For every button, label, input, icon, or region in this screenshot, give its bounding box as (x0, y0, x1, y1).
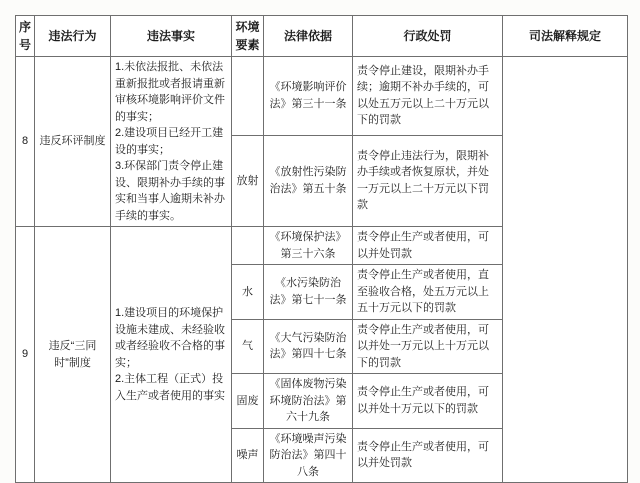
header-environment-element: 环境要素 (232, 16, 264, 57)
header-illegal-facts: 违法事实 (111, 16, 232, 57)
violation-penalty-table: 序号 违法行为 违法事实 环境要素 法律依据 行政处罚 司法解释规定 8 违反环… (15, 15, 628, 414)
row9-penalty-1: 责令停止生产或者使用，可以并处罚款 (353, 227, 503, 265)
header-judicial-interpretation: 司法解释规定 (503, 16, 628, 57)
row9-law-2: 《水污染防治法》第七十一条 (264, 265, 353, 320)
row9-element-2: 水 (232, 265, 264, 320)
row8-serial-number: 8 (16, 57, 35, 227)
row9-serial-number: 9 (16, 227, 35, 415)
header-illegal-behavior: 违法行为 (35, 16, 111, 57)
row8-illegal-behavior: 违反环评制度 (35, 57, 111, 227)
row9-penalty-4: 责令停止生产或者使用，可以并处十万元以下的罚款 (353, 374, 503, 415)
row9-law-1: 《环境保护法》第三十六条 (264, 227, 353, 265)
row8-penalty-1: 责令停止建设，限期补办手续；逾期不补办手续的，可以处五万元以上二十万元以下的罚款 (353, 57, 503, 136)
row9-illegal-behavior: 违反“三同时”制度 (35, 227, 111, 415)
header-administrative-penalty: 行政处罚 (353, 16, 503, 57)
header-legal-basis: 法律依据 (264, 16, 353, 57)
row9-illegal-facts: 1.建设项目的环境保护设施未建成、未经验收或者经验收不合格的事实； 2.主体工程… (111, 227, 232, 415)
row9-penalty-3: 责令停止生产或者使用，可以并处一万元以上十万元以下的罚款 (353, 319, 503, 374)
row8-illegal-facts: 1.未依法报批、未依法重新报批或者报请重新审核环境影响评价文件的事实； 2.建设… (111, 57, 232, 227)
row8-law-1: 《环境影响评价法》第三十一条 (264, 57, 353, 136)
row8-penalty-2: 责令停止违法行为，限期补办手续或者恢复原状，并处一万元以上二十万元以下罚款 (353, 135, 503, 226)
row9-element-3: 气 (232, 319, 264, 374)
row9-law-4: 《固体废物污染环境防治法》第六十九条 (264, 374, 353, 415)
row8-element-1 (232, 57, 264, 136)
row8-law-2: 《放射性污染防治法》第五十条 (264, 135, 353, 226)
header-serial-number: 序号 (16, 16, 35, 57)
row9-penalty-2: 责令停止生产或者使用，直至验收合格，处五万元以上五十万元以下的罚款 (353, 265, 503, 320)
table-row: 8 违反环评制度 1.未依法报批、未依法重新报批或者报请重新审核环境影响评价文件… (16, 57, 628, 136)
row9-law-3: 《大气污染防治法》第四十七条 (264, 319, 353, 374)
table-header-row: 序号 违法行为 违法事实 环境要素 法律依据 行政处罚 司法解释规定 (16, 16, 628, 57)
document-sheet: 序号 违法行为 违法事实 环境要素 法律依据 行政处罚 司法解释规定 8 违反环… (15, 15, 628, 414)
row9-element-1 (232, 227, 264, 265)
row8-element-2: 放射 (232, 135, 264, 226)
judicial-interpretation-cell (503, 57, 628, 415)
row9-element-4: 固废 (232, 374, 264, 415)
